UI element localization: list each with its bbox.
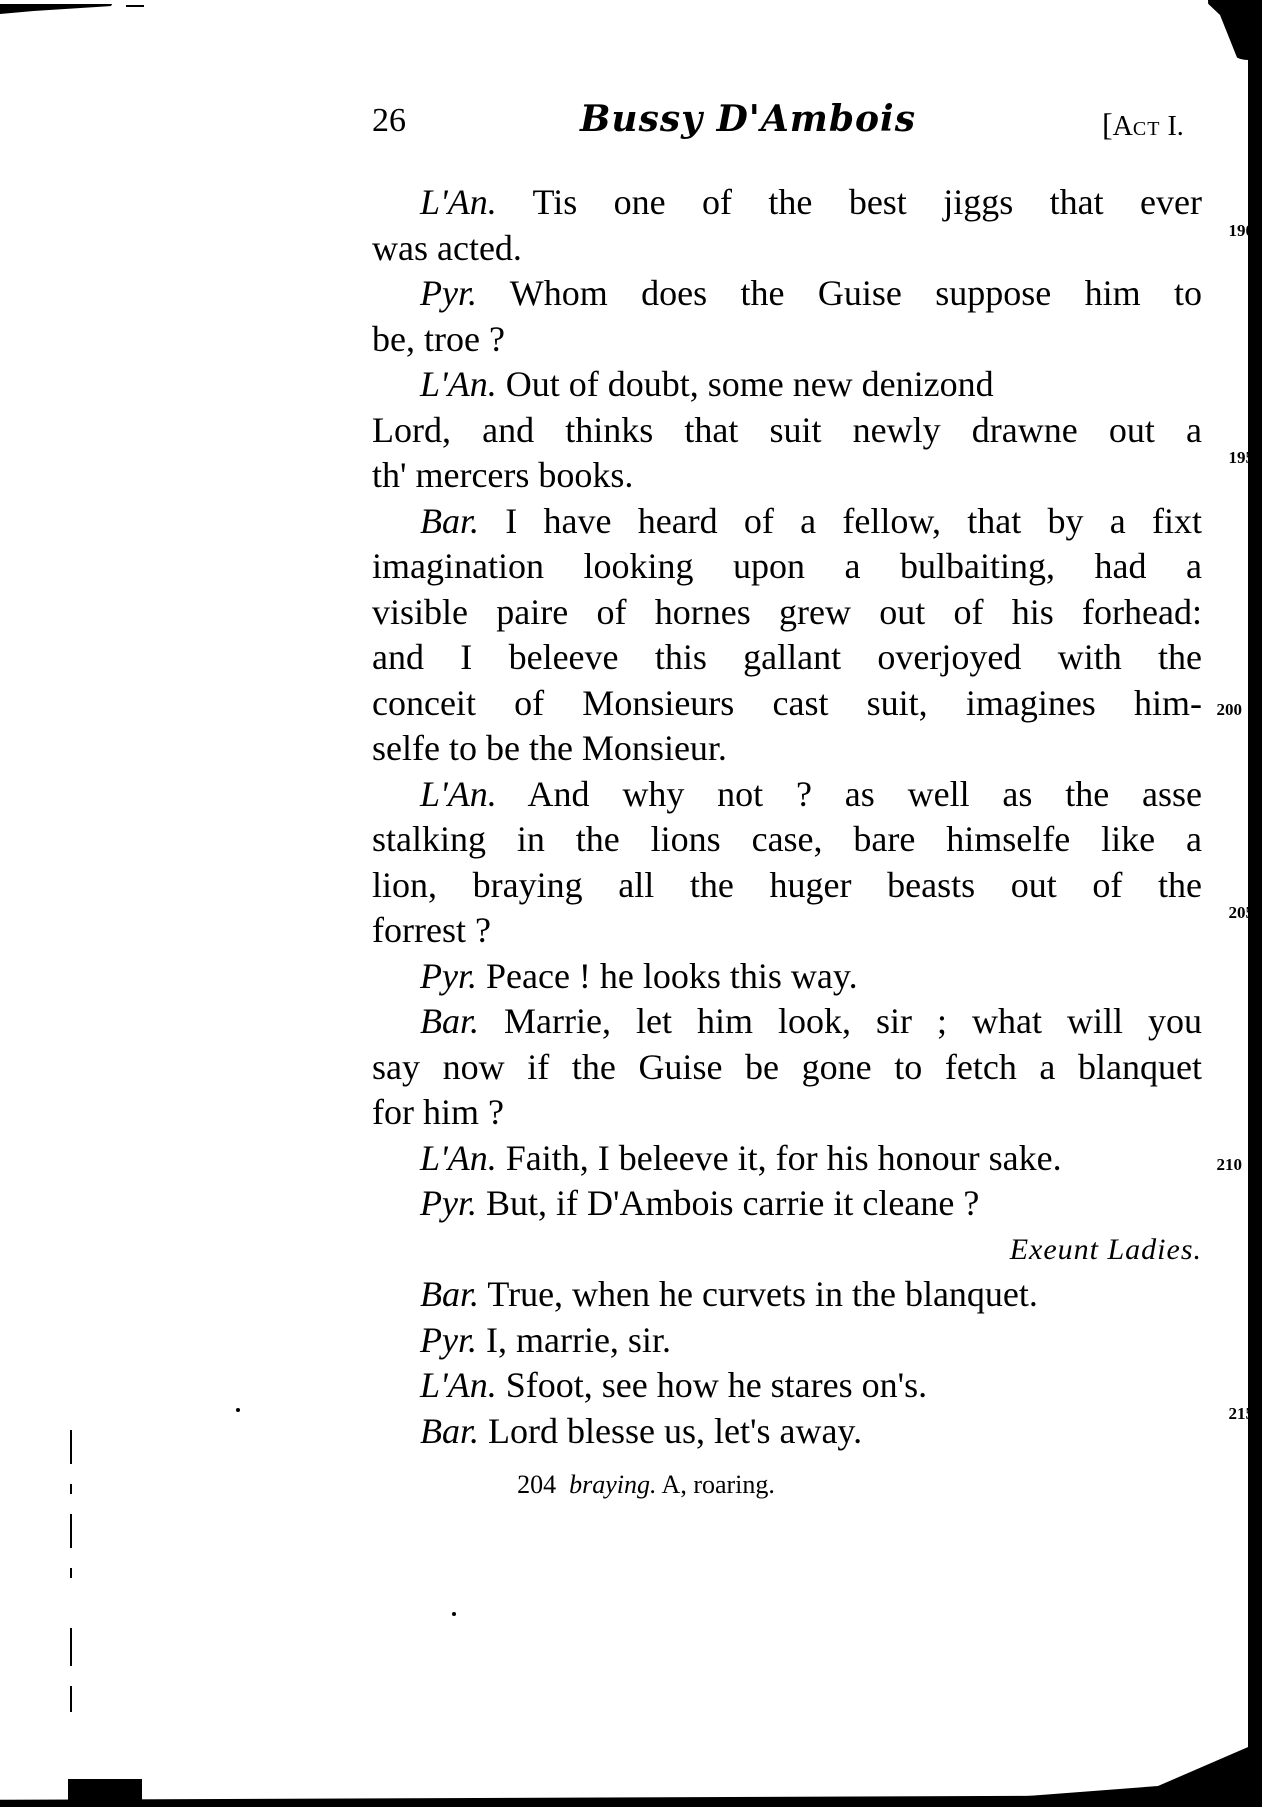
running-title: Bussy D'Ambois [580,98,916,140]
line-text: Out of doubt, some new denizond [497,364,994,404]
speaker-name: Bar. [420,1411,479,1451]
line-text: forrest ? [372,910,491,950]
speaker-name: Bar. [420,1274,479,1314]
text-line: L'An. Tis one of the best jiggs that eve… [372,180,1202,226]
text-line: was acted.190 [372,226,1202,272]
line-text: I have heard of a fellow, that by a fixt [479,501,1202,541]
line-number: 190 [1229,222,1255,239]
line-text: visible paire of hornes grew out of his … [372,592,1202,632]
play-text: L'An. Tis one of the best jiggs that eve… [372,180,1202,1454]
text-line: Pyr. But, if D'Ambois carrie it cleane ? [372,1181,1202,1227]
line-text: I, marrie, sir. [477,1320,671,1360]
scan-edge-top-left [0,4,112,14]
text-line: Bar. True, when he curvets in the blanqu… [372,1272,1202,1318]
text-line: L'An. Sfoot, see how he stares on's. [372,1363,1202,1409]
line-number: 205 [1229,904,1255,921]
line-text: lion, braying all the huger beasts out o… [372,865,1202,905]
line-text: selfe to be the Monsieur. [372,728,727,768]
speaker-name: Bar. [420,1001,479,1041]
line-text: But, if D'Ambois carrie it cleane ? [477,1183,979,1223]
page-header: 26 Bussy D'Ambois [ACT I. [372,98,1212,148]
text-line: Pyr. I, marrie, sir. [372,1318,1202,1364]
line-text: conceit of Monsieurs cast suit, imagines… [372,683,1202,723]
stage-direction-line: Exeunt Ladies. [372,1227,1202,1273]
line-text: Faith, I beleeve it, for his honour sake… [497,1138,1062,1178]
text-line: Bar. Lord blesse us, let's away.215 [372,1409,1202,1455]
line-text: True, when he curvets in the blanquet. [479,1274,1038,1314]
scan-speck [452,1612,456,1616]
speaker-name: Pyr. [420,956,477,996]
line-text: Marrie, let him look, sir ; what will yo… [479,1001,1202,1041]
text-line: and I beleeve this gallant overjoyed wit… [372,635,1202,681]
text-line: visible paire of hornes grew out of his … [372,590,1202,636]
scan-mark-top [126,5,144,7]
line-text: and I beleeve this gallant overjoyed wit… [372,637,1202,677]
footnote-line-ref: 204 [517,1470,556,1499]
text-line: L'An. And why not ? as well as the asse [372,772,1202,818]
line-text: Lord, and thinks that suit newly drawne … [372,410,1202,450]
text-line: Pyr. Whom does the Guise suppose him to [372,271,1202,317]
page-number: 26 [372,102,406,140]
speaker-name: L'An. [420,1365,497,1405]
footnote-reading: A, roaring. [656,1470,774,1499]
scan-speck [236,1408,240,1412]
speaker-name: Pyr. [420,1183,477,1223]
line-text: Tis one of the best jiggs that ever [497,182,1202,222]
line-number: 210 [1217,1156,1243,1173]
speaker-name: L'An. [420,774,497,814]
text-line: be, troe ? [372,317,1202,363]
text-line: Pyr. Peace ! he looks this way. [372,954,1202,1000]
stage-direction: Exeunt Ladies. [1010,1227,1202,1273]
act-label: [ACT I. [1102,106,1184,143]
line-text: say now if the Guise be gone to fetch a … [372,1047,1202,1087]
text-line: L'An. Faith, I beleeve it, for his honou… [372,1136,1202,1182]
line-number: 215 [1229,1405,1255,1422]
text-line: for him ? [372,1090,1202,1136]
text-line: lion, braying all the huger beasts out o… [372,863,1202,909]
text-line: forrest ?205 [372,908,1202,954]
text-line: say now if the Guise be gone to fetch a … [372,1045,1202,1091]
line-text: stalking in the lions case, bare himself… [372,819,1202,859]
text-line: selfe to be the Monsieur. [372,726,1202,772]
text-line: Bar. I have heard of a fellow, that by a… [372,499,1202,545]
line-text: be, troe ? [372,319,505,359]
speaker-name: L'An. [420,364,497,404]
line-text: imagination looking upon a bulbaiting, h… [372,546,1202,586]
line-text: was acted. [372,228,522,268]
scan-edge-bottom [0,1777,1262,1807]
textual-footnote: 204 braying. A, roaring. [0,1470,1262,1500]
line-text: Peace ! he looks this way. [477,956,858,996]
text-line: stalking in the lions case, bare himself… [372,817,1202,863]
line-number: 200 [1217,701,1243,718]
text-line: L'An. Out of doubt, some new denizond [372,362,1202,408]
line-text: Lord blesse us, let's away. [479,1411,862,1451]
line-text: Sfoot, see how he stares on's. [497,1365,927,1405]
scan-page-curl [1208,0,1248,60]
footnote-lemma: braying. [569,1470,656,1499]
speaker-name: Bar. [420,501,479,541]
text-line: th' mercers books.195 [372,453,1202,499]
line-text: Whom does the Guise suppose him to [477,273,1202,313]
act-prefix: ACT [1113,111,1161,142]
line-text: th' mercers books. [372,455,633,495]
text-line: Bar. Marrie, let him look, sir ; what wi… [372,999,1202,1045]
line-number: 195 [1229,449,1255,466]
text-line: Lord, and thinks that suit newly drawne … [372,408,1202,454]
speaker-name: L'An. [420,1138,497,1178]
speaker-name: L'An. [420,182,497,222]
text-line: imagination looking upon a bulbaiting, h… [372,544,1202,590]
line-text: for him ? [372,1092,504,1132]
speaker-name: Pyr. [420,1320,477,1360]
speaker-name: Pyr. [420,273,477,313]
text-line: conceit of Monsieurs cast suit, imagines… [372,681,1202,727]
line-text: And why not ? as well as the asse [497,774,1202,814]
